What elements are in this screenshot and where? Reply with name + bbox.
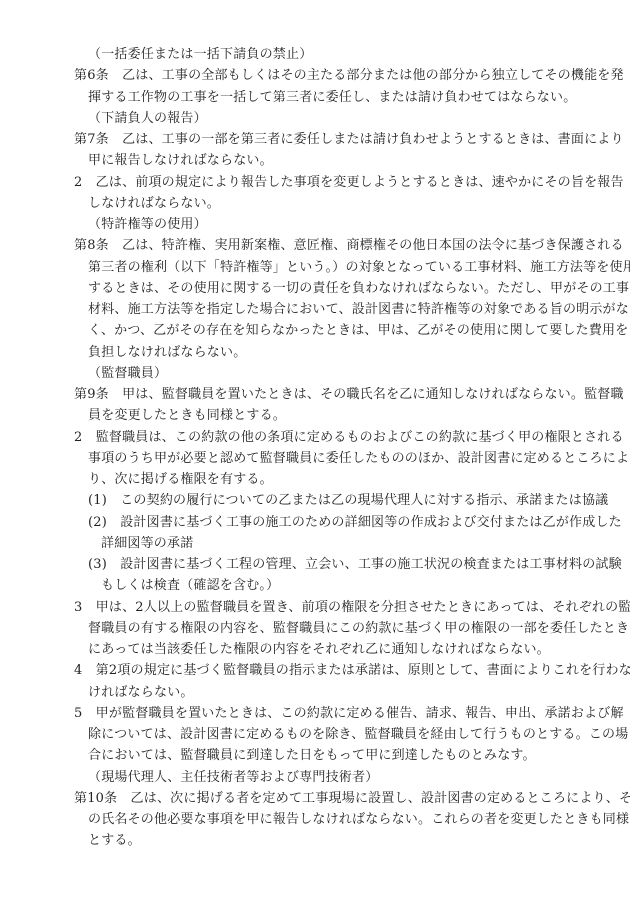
document-line-body: するときは、その使用に関する一切の責任を負わなければならない。ただし、甲がその工… <box>88 281 629 297</box>
document-line-body: 負担しなければならない。 <box>88 345 246 361</box>
document-line-body: 督職員の有する権限の内容を、監督職員にこの約款に基づく甲の権限の一部を委任したと… <box>88 621 629 637</box>
document-line-body: 材料、施工方法等を指定した場合において、設計図書に特許権等の対象である旨の明示が… <box>88 302 629 318</box>
document-line-paragraph: 4 第2項の規定に基づく監督職員の指示または承諾は、原則として、書面によりこれを… <box>74 663 630 679</box>
document-line-body: 員を変更したときも同様とする。 <box>88 408 286 424</box>
document-line-body: 除については、設計図書に定めるものを除き、監督職員を経由して行うものとする。この… <box>88 727 628 743</box>
document-line-paragraph: 2 乙は、前項の規定により報告した事項を変更しようとするときは、速やかにその旨を… <box>74 175 624 191</box>
document-line-heading: （監督職員） <box>88 366 167 382</box>
document-line-item-cont: もしくは検査（確認を含む。） <box>101 578 279 594</box>
document-line-paragraph: 5 甲が監督職員を置いたときは、この約款に定める催告、請求、報告、申出、承諾およ… <box>74 706 624 722</box>
document-line-heading: （下請負人の報告） <box>88 111 207 127</box>
document-line-body: ければならない。 <box>88 685 194 701</box>
document-line-article: 第10条 乙は、次に掲げる者を定めて工事現場に設置し、設計図書の定めるところによ… <box>74 791 630 807</box>
document-line-article: 第7条 乙は、工事の一部を第三者に委任しまたは請け負わせようとするときは、書面に… <box>74 132 624 148</box>
document-line-paragraph: 3 甲は、2人以上の監督職員を置き、前項の権限を分担させたときにあっては、それぞ… <box>74 600 630 616</box>
document-line-article: 第6条 乙は、工事の全部もしくはその主たる部分または他の部分から独立してその機能… <box>74 68 624 84</box>
document-line-body: の氏名その他必要な事項を甲に報告しなければならない。これらの者を変更したときも同… <box>88 812 629 828</box>
document-line-body: く、かつ、乙がその存在を知らなかったときは、甲は、乙がその使用に関して要した費用… <box>88 323 628 339</box>
document-page: （一括委任または一括下請負の禁止）第6条 乙は、工事の全部もしくはその主たる部分… <box>0 0 630 903</box>
document-line-heading: （一括委任または一括下請負の禁止） <box>88 47 312 63</box>
document-line-item-cont: 詳細図等の承諾 <box>101 536 193 552</box>
document-line-body: 合においては、監督職員に到達した日をもって甲に到達したものとみなす。 <box>88 748 536 764</box>
document-line-body: 第三者の権利（以下「特許権等」という。）の対象となっている工事材料、施工方法等を… <box>88 260 630 276</box>
document-line-body: とする。 <box>88 833 141 849</box>
document-line-item: (2) 設計図書に基づく工事の施工のための詳細図等の作成および交付または乙が作成… <box>88 515 622 531</box>
document-line-article: 第9条 甲は、監督職員を置いたときは、その職氏名を乙に通知しなければならない。監… <box>74 387 624 403</box>
document-line-heading: （特許権等の使用） <box>88 217 207 233</box>
document-line-item: (3) 設計図書に基づく工程の管理、立会い、工事の施工状況の検査または工事材料の… <box>88 557 622 573</box>
document-line-body: り、次に掲げる権限を有する。 <box>88 472 273 488</box>
document-line-body: しなければならない。 <box>88 196 220 212</box>
document-line-body: 甲に報告しなければならない。 <box>88 153 273 169</box>
document-line-heading: （現場代理人、主任技術者等および専門技術者） <box>88 770 378 786</box>
document-line-article: 第8条 乙は、特許権、実用新案権、意匠権、商標権その他日本国の法令に基づき保護さ… <box>74 238 624 254</box>
document-line-body: にあっては当該委任した権限の内容をそれぞれ乙に通知しなければならない。 <box>88 642 550 658</box>
document-line-body: 事項のうち甲が必要と認めて監督職員に委任したもののほか、設計図書に定めるところに… <box>88 451 629 467</box>
document-line-item: (1) この契約の履行についての乙または乙の現場代理人に対する指示、承諾または協… <box>88 493 608 509</box>
document-line-paragraph: 2 監督職員は、この約款の他の条項に定めるものおよびこの約款に基づく甲の権限とさ… <box>74 430 624 446</box>
document-line-body: 揮する工作物の工事を一括して第三者に委任し、または請け負わせてはならない。 <box>88 90 576 106</box>
